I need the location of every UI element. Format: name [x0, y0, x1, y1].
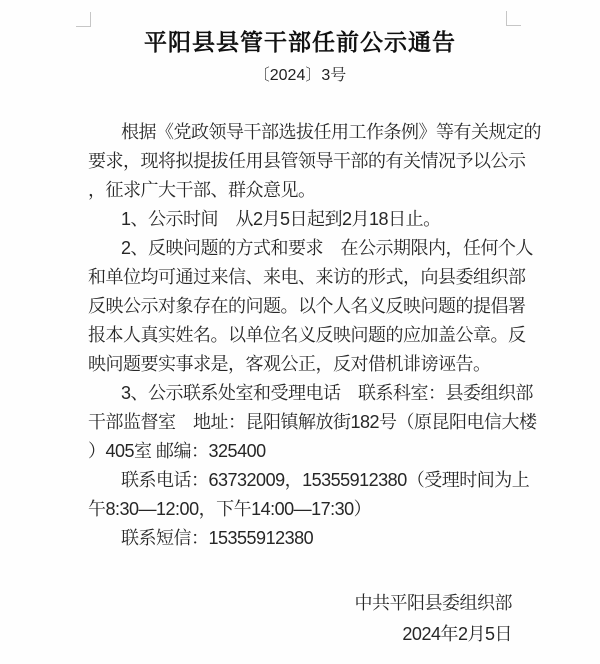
document-page: 平阳县县管干部任前公示通告 〔2024〕3号 根据《党政领导干部选拔任用工作条例… — [0, 0, 600, 664]
body-line: 午8:30—12:00，下午14:00—17:30） — [0, 495, 600, 524]
body-line: 映问题要实事求是，客观公正，反对借机诽谤诬告。 — [0, 350, 600, 379]
body-line: 1、公示时间 从2月5日起到2月18日止。 — [0, 205, 600, 234]
body-line: 2、反映问题的方式和要求 在公示期限内，任何个人 — [0, 234, 600, 263]
body-line: 联系短信：15355912380 — [0, 524, 600, 553]
document-number: 〔2024〕3号 — [0, 62, 600, 85]
body-line: 联系电话：63732009，15355912380（受理时间为上 — [0, 466, 600, 495]
document-title: 平阳县县管干部任前公示通告 — [0, 24, 600, 57]
signature-date: 2024年2月5日 — [355, 619, 513, 650]
body-line: 反映公示对象存在的问题。以个人名义反映问题的提倡署 — [0, 292, 600, 321]
body-line: 报本人真实姓名。以单位名义反映问题的应加盖公章。反 — [0, 321, 600, 350]
signature-org: 中共平阳县委组织部 — [355, 588, 513, 619]
body-line: 3、公示联系处室和受理电话 联系科室：县委组织部 — [0, 379, 600, 408]
body-line: ）405室 邮编：325400 — [0, 437, 600, 466]
signature-block: 中共平阳县委组织部 2024年2月5日 — [355, 588, 513, 650]
body-line: 干部监督室 地址：昆阳镇解放街182号（原昆阳电信大楼 — [0, 408, 600, 437]
body-line: 和单位均可通过来信、来电、来访的形式，向县委组织部 — [0, 263, 600, 292]
body-line: ，征求广大干部、群众意见。 — [0, 176, 600, 205]
body-line: 根据《党政领导干部选拔任用工作条例》等有关规定的 — [0, 118, 600, 147]
document-body: 根据《党政领导干部选拔任用工作条例》等有关规定的要求，现将拟提拔任用县管领导干部… — [0, 118, 600, 553]
body-line: 要求，现将拟提拔任用县管领导干部的有关情况予以公示 — [0, 147, 600, 176]
